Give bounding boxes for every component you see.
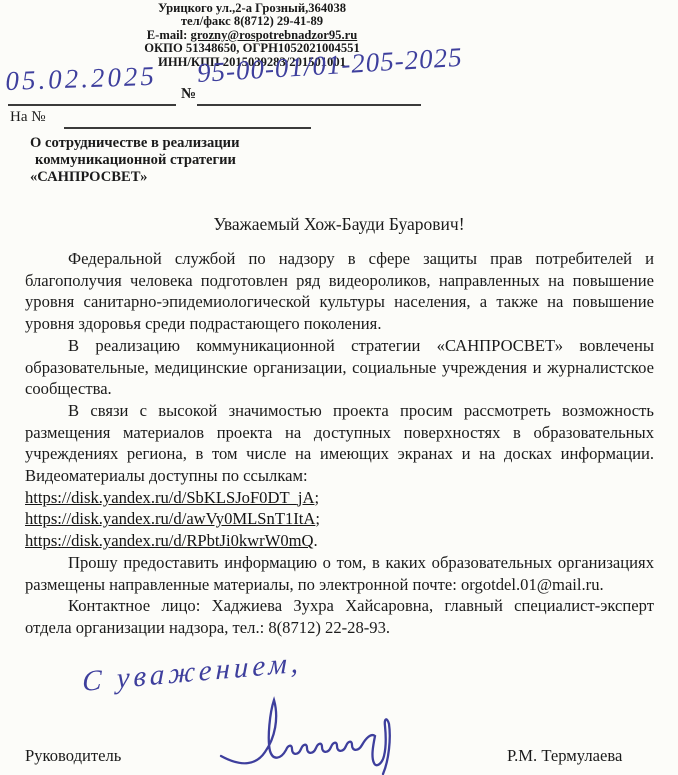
signer-name: Р.М. Термулаева [507,746,622,766]
video-link-2-suffix: ; [315,509,320,528]
video-link-2: https://disk.yandex.ru/d/awVy0MLSnT1ItA; [25,508,654,530]
video-link-1-url[interactable]: https://disk.yandex.ru/d/SbKLSJoF0DT_jA [25,488,314,507]
paragraph-3: В связи с высокой значимостью проекта пр… [25,400,654,487]
paragraph-5: Контактное лицо: Хаджиева Зухра Хайсаров… [25,595,654,638]
reply-number-blank-line [64,127,311,129]
director-signature-icon [213,690,413,775]
letterhead-email-line: E-mail: grozny@rospotrebnadzor95.ru [0,29,504,42]
video-link-2-url[interactable]: https://disk.yandex.ru/d/awVy0MLSnT1ItA [25,509,315,528]
video-link-3: https://disk.yandex.ru/d/RPbtJi0kwrW0mQ. [25,530,654,552]
letter-body: Федеральной службой по надзору в сфере з… [25,248,654,639]
video-link-3-url[interactable]: https://disk.yandex.ru/d/RPbtJi0kwrW0mQ [25,531,314,550]
video-link-3-suffix: . [314,531,318,550]
letterhead-phone: тел/факс 8(8712) 29-41-89 [0,15,504,28]
letterhead-email-link[interactable]: grozny@rospotrebnadzor95.ru [191,28,358,42]
number-sign: № [181,86,196,103]
subject-line-3: «САНПРОСВЕТ» [30,169,280,186]
paragraph-4: Прошу предоставить информацию о том, в к… [25,552,654,595]
video-link-1: https://disk.yandex.ru/d/SbKLSJoF0DT_jA; [25,487,654,509]
subject-line-1: О сотрудничестве в реализации [30,135,280,152]
handwritten-date: 05.02.2025 [5,61,157,97]
paragraph-2: В реализацию коммуникационной стратегии … [25,335,654,400]
signer-position: Руководитель [25,746,121,766]
scanned-letter-page: Урицкого ул.,2-а Грозный,364038 тел/факс… [0,0,678,775]
letterhead-address: Урицкого ул.,2-а Грозный,364038 [0,2,504,15]
reply-to-label: На № [10,109,46,126]
date-line [8,104,176,106]
subject-block: О сотрудничестве в реализации коммуникац… [30,135,280,186]
letterhead-email-label: E-mail: [147,28,191,42]
subject-line-2: коммуникационной стратегии [30,152,280,169]
paragraph-1: Федеральной службой по надзору в сфере з… [25,248,654,335]
number-line [197,104,421,106]
video-link-1-suffix: ; [314,488,319,507]
salutation: Уважаемый Хож-Бауди Буарович! [0,214,678,235]
